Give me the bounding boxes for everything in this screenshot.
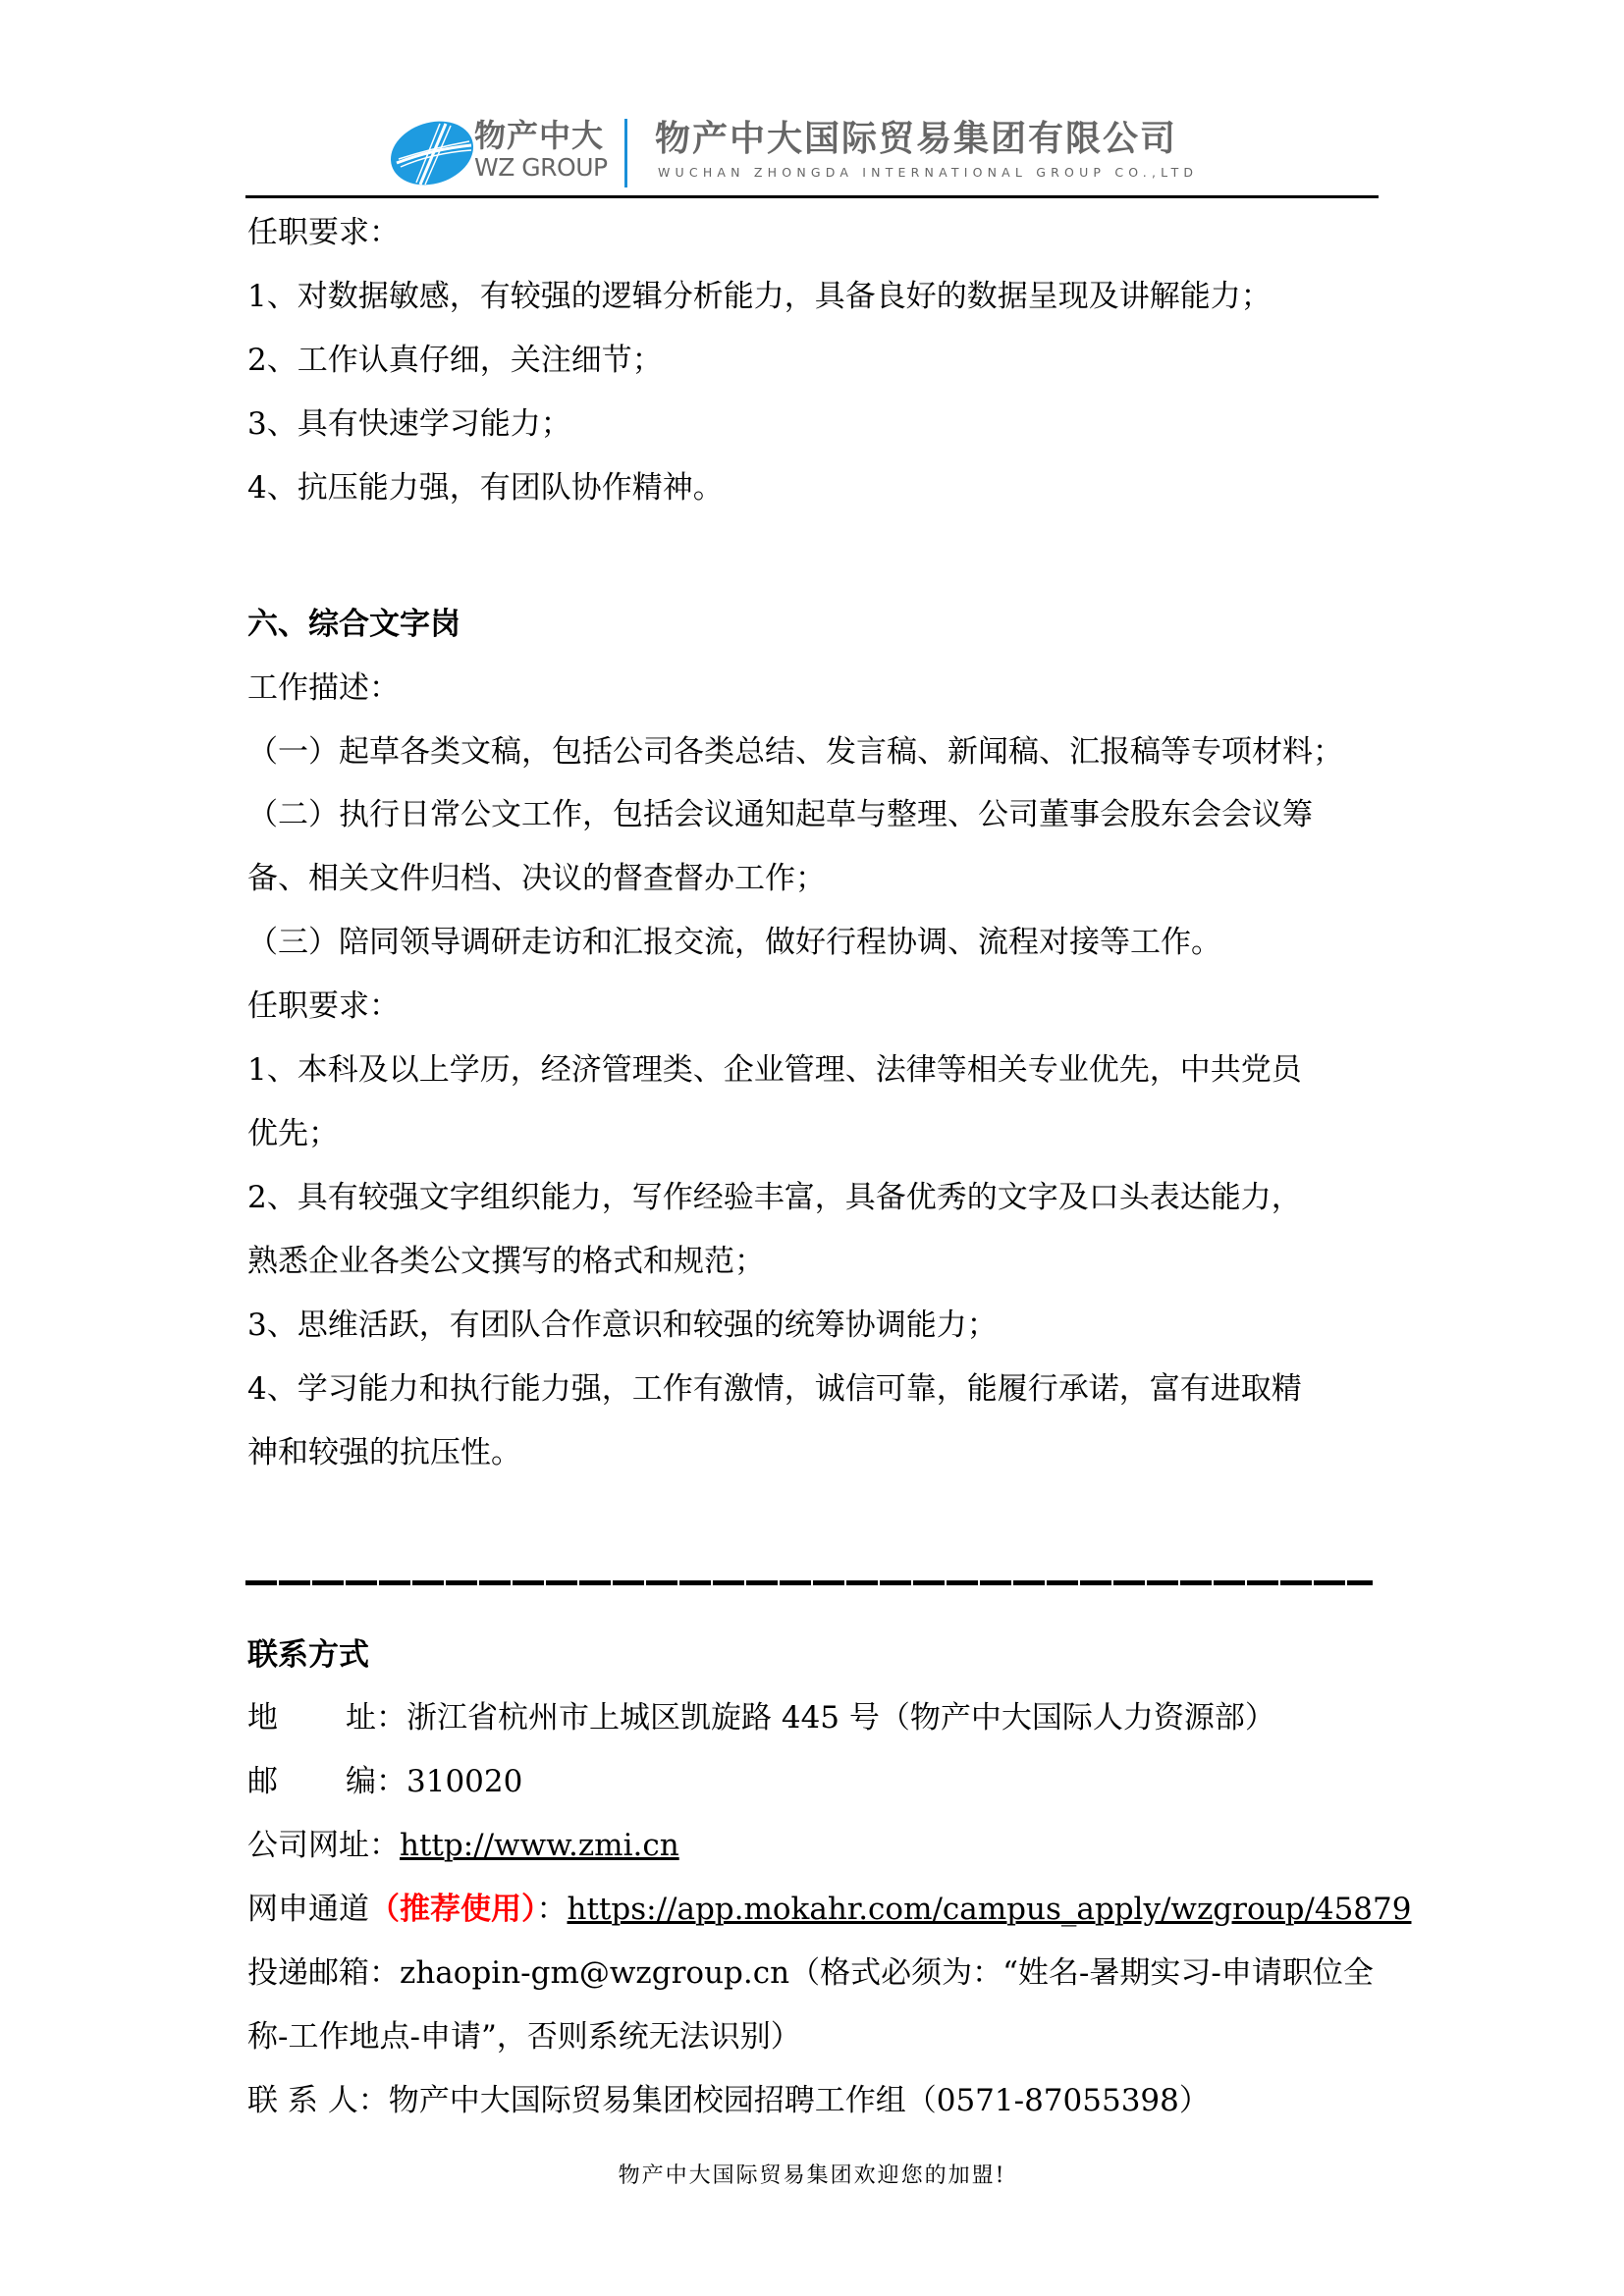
recommended-badge: （推荐使用） — [369, 1892, 537, 1927]
requirement-item: 3、具有快速学习能力； — [247, 404, 571, 444]
requirement-line: 3、思维活跃，有团队合作意识和较强的统筹协调能力； — [247, 1306, 998, 1345]
contact-title: 联系方式 — [247, 1635, 369, 1675]
requirement-line: 2、具有较强文字组织能力，写作经验丰富，具备优秀的文字及口头表达能力， — [247, 1178, 1302, 1217]
website-row: 公司网址：http://www.zmi.cn — [247, 1826, 679, 1865]
website-label: 公司网址： — [247, 1828, 400, 1863]
address-value: 浙江省杭州市上城区凯旋路 445 号（物产中大国际人力资源部） — [406, 1700, 1275, 1735]
wz-group-logo-icon — [389, 120, 475, 187]
header-rule — [245, 195, 1379, 198]
address-label: 地 — [247, 1698, 346, 1737]
company-name-chinese: 物产中大国际贸易集团有限公司 — [655, 119, 1177, 160]
email-row: 投递邮箱：zhaopin-gm@wzgroup.cn（格式必须为：“姓名-暑期实… — [247, 1953, 1374, 1993]
requirement-item: 4、抗压能力强，有团队协作精神。 — [247, 468, 724, 507]
requirement-item: 1、对数据敏感，有较强的逻辑分析能力，具备良好的数据呈现及讲解能力； — [247, 277, 1272, 316]
email-format-note-continued: 称-工作地点-申请”，否则系统无法识别） — [247, 2017, 801, 2056]
description-line: （一）起草各类文稿，包括公司各类总结、发言稿、新闻稿、汇报稿等专项材料； — [247, 732, 1343, 772]
email-format-note: （格式必须为：“姓名-暑期实习-申请职位全 — [789, 1955, 1374, 1991]
apply-colon: ： — [537, 1892, 568, 1927]
address-row: 地址：浙江省杭州市上城区凯旋路 445 号（物产中大国际人力资源部） — [247, 1698, 1275, 1737]
contact-person-row: 联 系 人：物产中大国际贸易集团校园招聘工作组（0571-87055398） — [247, 2081, 1210, 2120]
requirement-line: 优先； — [247, 1114, 339, 1153]
website-link[interactable]: http://www.zmi.cn — [400, 1828, 679, 1863]
dash-separator — [245, 1580, 1373, 1585]
description-line: （三）陪同领导调研走访和汇报交流，做好行程协调、流程对接等工作。 — [247, 923, 1221, 962]
email-value[interactable]: zhaopin-gm@wzgroup.cn — [400, 1955, 789, 1991]
email-label: 投递邮箱： — [247, 1955, 400, 1991]
contact-person-value: 物产中大国际贸易集团校园招聘工作组（0571-87055398） — [389, 2083, 1210, 2118]
apply-link[interactable]: https://app.mokahr.com/campus_apply/wzgr… — [568, 1892, 1412, 1927]
postcode-label: 邮 — [247, 1762, 346, 1801]
page-header: 物产中大 WZ GROUP 物产中大国际贸易集团有限公司 WUCHAN ZHON… — [0, 0, 1624, 201]
contact-person-label: 联 系 人： — [247, 2083, 389, 2118]
logo-chinese-text: 物产中大 — [474, 118, 604, 153]
address-label: 址： — [346, 1700, 406, 1735]
requirement-line: 4、学习能力和执行能力强，工作有激情，诚信可靠，能履行承诺，富有进取精 — [247, 1369, 1302, 1409]
description-line: 备、相关文件归档、决议的督查督办工作； — [247, 859, 826, 898]
postcode-value: 310020 — [406, 1764, 522, 1799]
postcode-row: 邮编：310020 — [247, 1762, 522, 1801]
requirements-heading: 任职要求： — [247, 987, 400, 1026]
company-name-english: WUCHAN ZHONGDA INTERNATIONAL GROUP CO.,L… — [658, 165, 1198, 181]
requirement-line: 神和较强的抗压性。 — [247, 1433, 521, 1472]
description-line: （二）执行日常公文工作，包括会议通知起草与整理、公司董事会股东会会议筹 — [247, 795, 1313, 834]
logo-divider — [624, 119, 627, 187]
apply-label: 网申通道 — [247, 1892, 369, 1927]
logo-english-text: WZ GROUP — [474, 153, 608, 183]
description-heading: 工作描述： — [247, 668, 400, 708]
requirements-heading: 任职要求： — [247, 213, 400, 252]
apply-row: 网申通道（推荐使用）：https://app.mokahr.com/campus… — [247, 1890, 1411, 1929]
section-title: 六、综合文字岗 — [247, 605, 460, 644]
requirement-line: 1、本科及以上学历，经济管理类、企业管理、法律等相关专业优先，中共党员 — [247, 1050, 1302, 1090]
requirement-item: 2、工作认真仔细，关注细节； — [247, 341, 663, 380]
requirement-line: 熟悉企业各类公文撰写的格式和规范； — [247, 1242, 765, 1281]
postcode-label: 编： — [346, 1764, 406, 1799]
page-footer: 物产中大国际贸易集团欢迎您的加盟! — [0, 2162, 1624, 2191]
